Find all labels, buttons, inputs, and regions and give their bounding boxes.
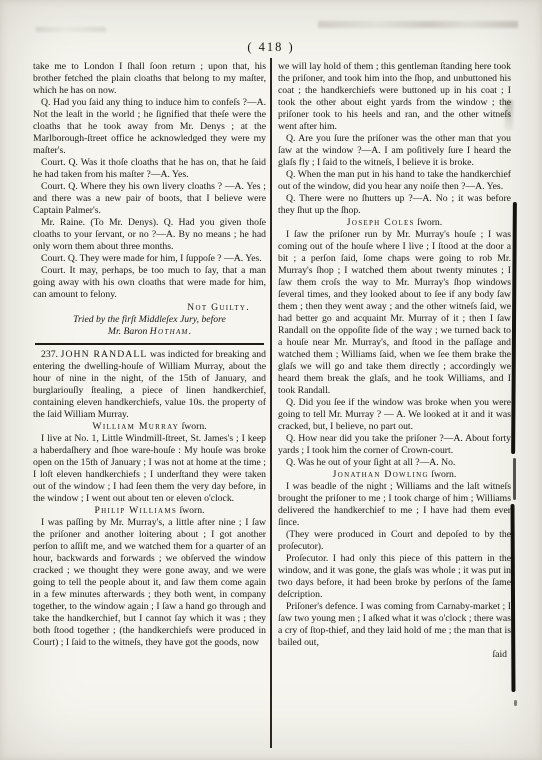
text-paragraph: Q. Had you ſaid any thing to induce him … — [33, 97, 266, 157]
scan-smudge-top-right — [318, 21, 518, 28]
text-segment: I was beadle of the night ; Williams and… — [278, 481, 511, 528]
text-segment: own — [118, 277, 135, 288]
text-paragraph: Court. Q. Was it thoſe cloaths that he h… — [33, 157, 266, 181]
text-segment: Priſoner's defence. — [286, 601, 358, 612]
text-segment: Court. Q. — [41, 253, 77, 264]
text-segment: A. — [371, 145, 380, 156]
scan-artifact-edge-bar — [513, 458, 516, 500]
text-paragraph: Q. Was he out of your ſight at all ?—A. … — [278, 457, 511, 469]
text-segment: Court. Q. — [41, 181, 78, 192]
text-paragraph: I was beadle of the night ; Williams and… — [278, 481, 511, 529]
witness-heading: Jonathan Dowling ſworn. — [278, 469, 511, 481]
text-segment: No. — [439, 457, 456, 468]
text-segment: Jonathan Dowling — [333, 469, 429, 480]
text-segment: Q. — [286, 193, 295, 204]
text-segment: How near did you take the priſoner ?— — [295, 433, 453, 444]
text-segment: A. — [166, 229, 175, 240]
text-paragraph: 237. JOHN RANDALL was indicted for break… — [33, 349, 266, 421]
text-segment: A. — [161, 169, 170, 180]
text-paragraph: Court. It may, perhaps, be too much to ſ… — [33, 265, 266, 301]
text-paragraph: Q. Are you ſure the priſoner was the oth… — [278, 133, 511, 169]
text-segment: There were no ſhutters up ?— — [295, 193, 422, 204]
text-segment: Q. — [286, 457, 295, 468]
text-columns: take me to London I ſhall ſoon return ; … — [33, 61, 511, 661]
text-paragraph: Mr. Raine. (To Mr. Denys). Q. Had you gi… — [33, 217, 266, 253]
text-segment: Hotham — [150, 326, 189, 337]
text-segment: Was he out of your ſight at all ?— — [295, 457, 429, 468]
catchword: ſaid — [278, 649, 511, 661]
text-paragraph: I ſaw the priſoner run by Mr. Murray's h… — [278, 229, 511, 397]
text-segment: ſworn. — [431, 469, 456, 480]
text-segment: William Murray — [92, 421, 179, 432]
text-paragraph: Court. Q. They were made for him, I ſupp… — [33, 253, 266, 265]
text-paragraph: Q. Did you ſee if the window was broke w… — [278, 397, 511, 433]
text-segment: ſworn. — [417, 217, 442, 228]
text-segment: I ſaid to the witneſs, they have got the… — [63, 637, 259, 648]
text-segment: Mr. Baron — [108, 326, 150, 337]
scan-artifact-edge-bar — [511, 504, 516, 692]
text-segment: ſworn. — [182, 421, 207, 432]
scan-artifact-edge-bar — [511, 202, 517, 454]
text-segment: Court. Q. — [41, 157, 78, 168]
witness-heading: William Murray ſworn. — [33, 421, 266, 433]
text-segment: Q. — [286, 169, 295, 180]
text-segment: Yes. — [485, 181, 504, 192]
text-paragraph: we will lay hold of them ; this gentlema… — [278, 61, 511, 133]
witness-heading: Philip Williams ſworn. — [33, 505, 266, 517]
text-paragraph: take me to London I ſhall ſoon return ; … — [33, 61, 266, 97]
text-paragraph: Q. How near did you take the priſoner ?—… — [278, 433, 511, 457]
text-segment: ſworn. — [179, 505, 204, 516]
text-segment: ſaid — [492, 649, 507, 660]
page-number: ( 418 ) — [0, 40, 542, 55]
text-segment: Philip Williams — [94, 505, 177, 516]
section-rule — [35, 343, 264, 345]
witness-heading: Joseph Coles ſworn. — [278, 217, 511, 229]
text-paragraph: I live at No. 1, Little Windmill-ſtreet,… — [33, 433, 266, 505]
text-segment: Mr. Raine. (To Mr. Denys). — [41, 217, 158, 228]
text-segment: A. — [235, 181, 244, 192]
text-segment: JOHN RANDALL — [61, 349, 148, 360]
text-segment: A. — [234, 253, 243, 264]
text-segment: I was paſſing by Mr. Murray's, a little … — [33, 517, 266, 636]
text-segment: I live at No. 1, Little Windmill-ſtreet,… — [33, 433, 266, 504]
text-segment: Q. — [286, 433, 295, 444]
text-segment: (They were produced in Court and depoſed… — [278, 529, 511, 552]
text-segment: take me to London I ſhall ſoon return ; … — [33, 61, 266, 96]
text-paragraph: Proſecutor. I had only this piece of thi… — [278, 553, 511, 601]
text-segment: Court. — [41, 265, 66, 276]
text-segment: Not the leaſt in the world ; he ſignifie… — [33, 109, 266, 156]
text-segment: Not Guilty. — [187, 302, 250, 313]
column-right: we will lay hold of them ; this gentlema… — [278, 61, 511, 661]
text-segment: A. — [429, 457, 438, 468]
text-paragraph: (They were produced in Court and depoſed… — [278, 529, 511, 553]
text-segment: A. — [422, 193, 431, 204]
text-segment: Where they his own livery cloaths ? — — [78, 181, 235, 192]
verdict-line: Not Guilty. — [33, 302, 266, 314]
text-segment: A. — [475, 181, 484, 192]
text-segment: A. — [453, 433, 462, 444]
scanned-document-page: ( 418 ) take me to London I ſhall ſoon r… — [0, 0, 542, 760]
tried-by-line: Mr. Baron Hotham. — [33, 326, 266, 338]
text-segment: Yes. — [243, 253, 262, 264]
text-segment: Q. — [286, 133, 295, 144]
text-segment: I ſaw the priſoner run by Mr. Murray's h… — [278, 229, 511, 396]
text-segment: . — [189, 326, 191, 337]
text-segment: Q. — [286, 397, 295, 408]
text-segment: Yes. — [170, 169, 189, 180]
text-segment: Q. — [41, 97, 50, 108]
text-segment: Tried by the firſt Middleſex Jury, befor… — [73, 314, 226, 325]
column-left: take me to London I ſhall ſoon return ; … — [33, 61, 266, 661]
scan-smudge-top-left — [36, 27, 106, 32]
text-paragraph: Priſoner's defence. I was coming from Ca… — [278, 601, 511, 649]
text-paragraph: Q. There were no ſhutters up ?—A. No ; i… — [278, 193, 511, 217]
text-segment: Q. — [164, 217, 173, 228]
tried-by-line: Tried by the firſt Middleſex Jury, befor… — [33, 314, 266, 326]
text-segment: They were made for him, I ſuppoſe ? — — [77, 253, 233, 264]
text-segment: A. — [257, 97, 266, 108]
text-paragraph: I was paſſing by Mr. Murray's, a little … — [33, 517, 266, 649]
text-paragraph: Court. Q. Where they his own livery cloa… — [33, 181, 266, 217]
text-paragraph: Q. When the man put in his hand to take … — [278, 169, 511, 193]
text-segment: 237. — [41, 349, 61, 360]
text-segment: Had you ſaid any thing to induce him to … — [50, 97, 256, 108]
text-segment: Proſecutor. — [286, 553, 328, 564]
scan-artifact-edge-mark — [514, 700, 517, 706]
text-segment: Joseph Coles — [347, 217, 415, 228]
text-segment: we will lay hold of them ; this gentlema… — [278, 61, 511, 132]
